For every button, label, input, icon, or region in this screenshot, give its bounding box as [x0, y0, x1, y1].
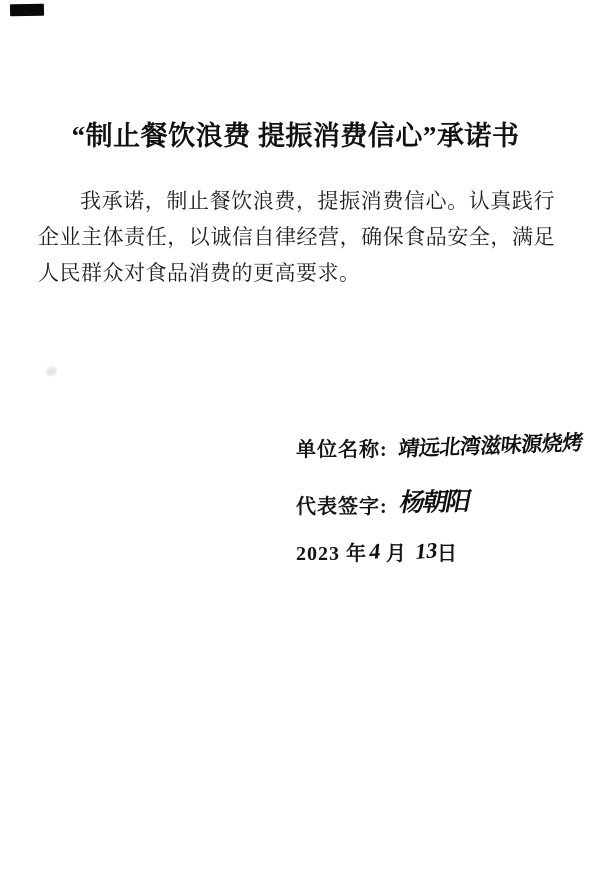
date-year: 2023 — [296, 543, 340, 565]
unit-name-handwritten-value: 靖远北湾滋味源烧烤 — [397, 426, 585, 463]
signature-block: 单位名称: 靖远北湾滋味源烧烤 代表签字: 杨朝阳 2023 年4 月 13日 — [296, 433, 581, 589]
date-row: 2023 年4 月 13日 — [296, 537, 581, 561]
unit-name-label: 单位名称: — [296, 439, 388, 461]
scan-artifact-smudge — [46, 367, 57, 376]
commitment-paragraph: 我承诺，制止餐饮浪费，提振消费信心。认真践行企业主体责任，以诚信自律经营，确保食… — [38, 183, 555, 291]
date-year-unit: 年 — [346, 543, 367, 565]
representative-handwritten-signature: 杨朝阳 — [397, 482, 473, 519]
date-month-handwritten: 4 — [368, 538, 382, 565]
representative-label: 代表签字: — [296, 496, 388, 518]
representative-signature-row: 代表签字: 杨朝阳 — [296, 485, 581, 509]
date-month-unit: 月 — [386, 543, 407, 565]
unit-name-row: 单位名称: 靖远北湾滋味源烧烤 — [296, 433, 581, 457]
scanned-document-page: “制止餐饮浪费 提振消费信心”承诺书 我承诺，制止餐饮浪费，提振消费信心。认真践… — [0, 0, 591, 886]
document-title: “制止餐饮浪费 提振消费信心”承诺书 — [30, 117, 561, 155]
date-day-unit: 日 — [437, 543, 458, 565]
scan-artifact-corner-mark — [10, 4, 44, 17]
date-day-handwritten: 13 — [414, 537, 439, 565]
